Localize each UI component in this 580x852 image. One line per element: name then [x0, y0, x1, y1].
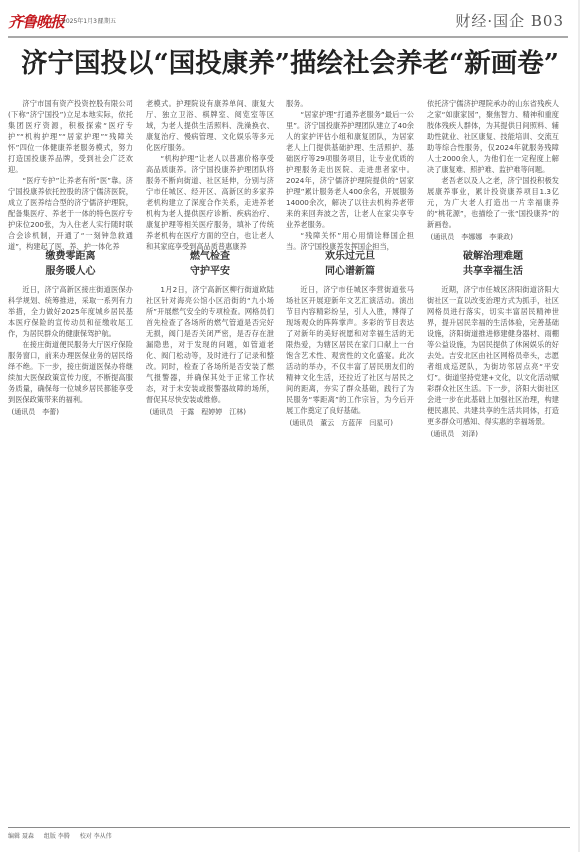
lead-column-1: 济宁市国有资产投资控股有限公司(下称“济宁国投”)立足本地实际，依托集团医疗资源… [8, 98, 133, 252]
brief-title: 破解治理难题 共享幸福生活 [427, 249, 559, 279]
byline: (通讯员 李娜娜 李秉政) [427, 232, 559, 243]
brief-title-line: 破解治理难题 [427, 249, 559, 264]
lead-column-2: 老模式。护理院设有康养单间、康复大厅、独立卫浴、棋牌室、阅览室等区域，为老人提供… [146, 98, 274, 252]
brief-title-line: 守护平安 [146, 264, 274, 279]
paragraph: 近日，济宁高新区接庄街道医保办科学规划、统筹推进，采取一系列有力举措，全力做好2… [8, 284, 133, 339]
paragraph: 依托济宁儒济护理院承办的山东省残疾人之家“如康家园”，聚焦智力、精神和重度肢体残… [427, 98, 559, 175]
brief-body: 近日，济宁市任城区李营街道张马场社区开展迎新年文艺汇演活动。演出节目内容精彩纷呈… [286, 284, 414, 429]
byline: (通讯员 刘泽) [427, 429, 559, 440]
paragraph: 近期，济宁市任城区济阳街道济阳大街社区一直以改变治理方式为抓手，社区网格员进行落… [427, 284, 559, 427]
paragraph: 老模式。护理院设有康养单间、康复大厅、独立卫浴、棋牌室、阅览室等区域，为老人提供… [146, 98, 274, 153]
brief-title-line: 燃气检查 [146, 249, 274, 264]
byline: (通讯员 于露 程婷婷 江林) [146, 407, 274, 418]
paragraph: 老吾老以及人之老，济宁国投积极发展康养事业，累计投资康养项目1.3亿元，为广大老… [427, 175, 559, 230]
paragraph: 在接庄街道便民服务大厅医疗保险服务窗口，前来办理医保业务的居民络绎不绝。下一步，… [8, 339, 133, 405]
issue-date: 2025年1月3日 [62, 16, 103, 25]
byline: (通讯员 董云 方蓝萍 闫星可) [286, 418, 414, 429]
brief-title-line: 同心谱新篇 [286, 264, 414, 279]
issue-weekday: 星期五 [98, 16, 116, 25]
masthead-divider [8, 36, 568, 38]
paragraph: 1月2日，济宁高新区柳行街道欧陆社区针对海亮公馆小区沿街的“九小场所”开展燃气安… [146, 284, 274, 405]
masthead: 齐鲁晚报 2025年1月3日 星期五 财经·国企 B03 [8, 10, 568, 34]
brief-title: 欢乐过元旦 同心谱新篇 [286, 249, 414, 279]
brief-title-line: 欢乐过元旦 [286, 249, 414, 264]
page-headline: 济宁国投以“国投康养”描绘社会养老“新画卷” [0, 44, 580, 84]
paragraph: 近日，济宁市任城区李营街道张马场社区开展迎新年文艺汇演活动。演出节目内容精彩纷呈… [286, 284, 414, 416]
lead-column-4: 依托济宁儒济护理院承办的山东省残疾人之家“如康家园”，聚焦智力、精神和重度肢体残… [427, 98, 559, 243]
editor-credit: 编辑 聂森 [8, 833, 34, 840]
proofread-credit: 校对 李从伟 [80, 833, 112, 840]
paragraph: “居家护理”打通养老服务“最后一公里”。济宁国投康养护理团队建立了40余人的家护… [286, 109, 414, 230]
brief-title-line: 共享幸福生活 [427, 264, 559, 279]
page-credits: 编辑 聂森 组版 李腾 校对 李从伟 [8, 831, 120, 840]
brief-body: 近日，济宁高新区接庄街道医保办科学规划、统筹推进，采取一系列有力举措，全力做好2… [8, 284, 133, 418]
paragraph: “机构护理”让老人以普惠价格享受高品质康养。济宁国投康养护理团队将服务不断向街道… [146, 153, 274, 252]
paragraph: “医疗专护”让养老有所“医”靠。济宁国投康养依托控股的济宁儒济医院，成立了医养结… [8, 175, 133, 252]
brief-title: 燃气检查 守护平安 [146, 249, 274, 279]
brief-title-line: 缴费零距离 [8, 249, 133, 264]
brief-body: 近期，济宁市任城区济阳街道济阳大街社区一直以改变治理方式为抓手，社区网格员进行落… [427, 284, 559, 440]
paragraph: 服务。 [286, 98, 414, 109]
brief-title: 缴费零距离 服务暖人心 [8, 249, 133, 279]
newspaper-logo: 齐鲁晚报 [8, 11, 64, 32]
byline: (通讯员 李蕾) [8, 407, 133, 418]
lead-column-3: 服务。 “居家护理”打通养老服务“最后一公里”。济宁国投康养护理团队建立了40余… [286, 98, 414, 252]
section-label: 财经·国企 B03 [455, 10, 564, 31]
brief-title-line: 服务暖人心 [8, 264, 133, 279]
footer-divider [8, 827, 570, 828]
layout-credit: 组版 李腾 [44, 833, 70, 840]
paragraph: 济宁市国有资产投资控股有限公司(下称“济宁国投”)立足本地实际，依托集团医疗资源… [8, 98, 133, 175]
brief-body: 1月2日，济宁高新区柳行街道欧陆社区针对海亮公馆小区沿街的“九小场所”开展燃气安… [146, 284, 274, 418]
